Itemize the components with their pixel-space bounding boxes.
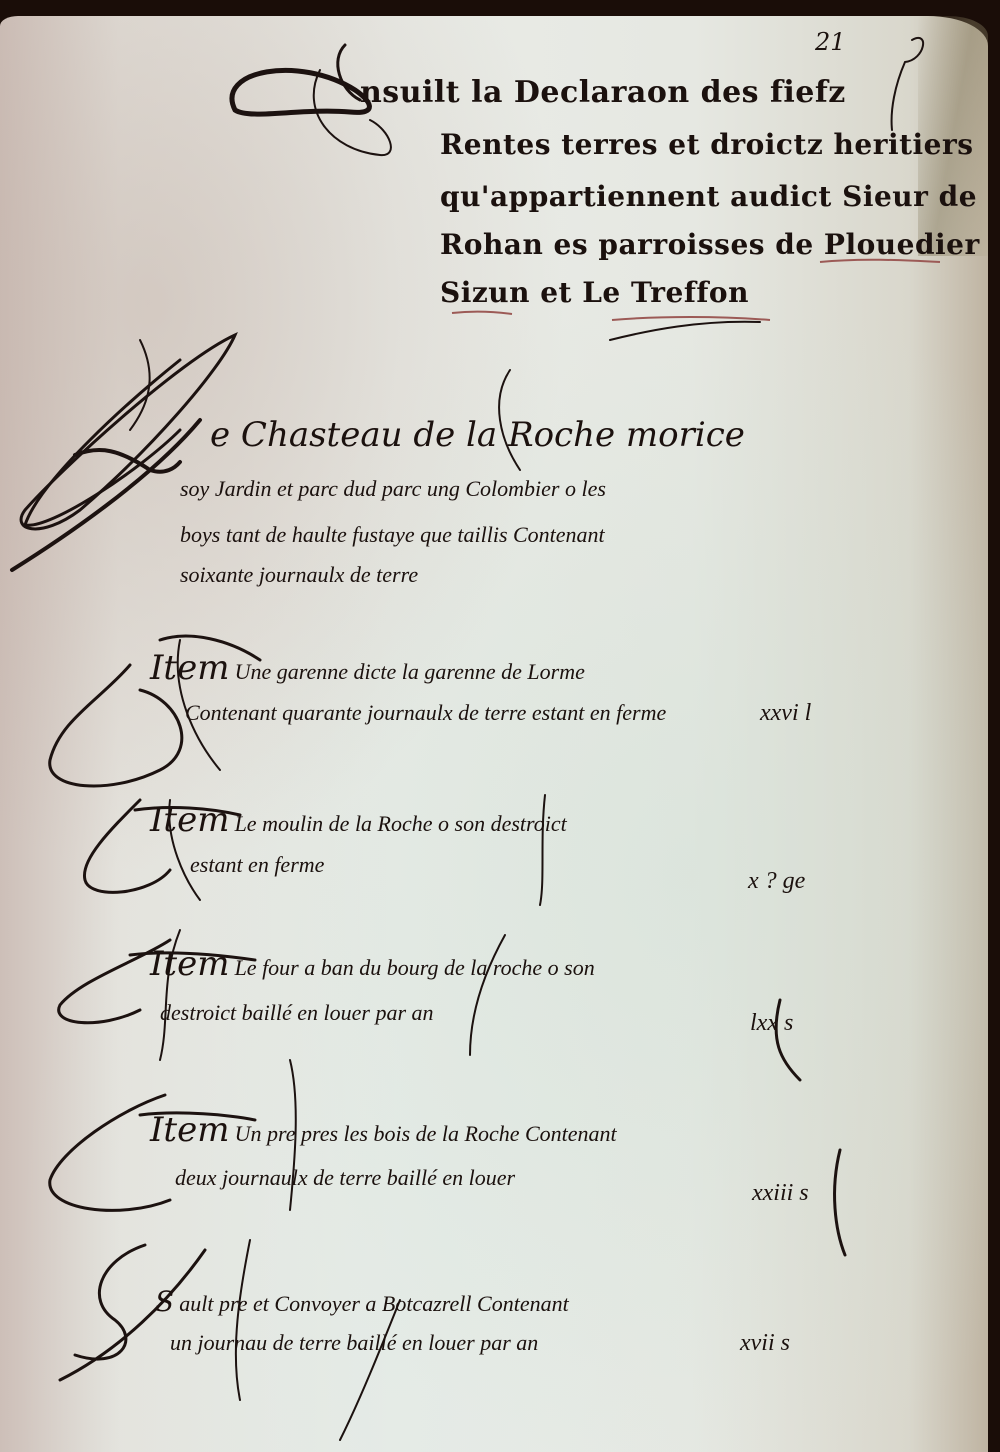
entry-amount: xxvi l [760,700,811,727]
entry-line: soy Jardin et parc dud parc ung Colombie… [180,476,606,502]
heading-line-2: Rentes terres et droictz heritiers [440,128,974,161]
entry-line: deux journaulx de terre baillé en louer [175,1165,515,1191]
entry-amount: xxiii s [752,1180,809,1207]
entry-line: un journau de terre baillé en louer par … [170,1330,538,1356]
entry-first-line: Item Un pre pres les bois de la Roche Co… [150,1110,617,1150]
item-initial: Item [150,800,229,840]
entry-first-line-text: Un pre pres les bois de la Roche Contena… [235,1121,617,1146]
entry-amount: lxx s [750,1010,793,1037]
entry-first-line: S ault pre et Convoyer a Botcazrell Cont… [155,1285,569,1318]
entry-line: estant en ferme [190,852,324,878]
item-initial: Item [150,944,229,984]
entry-first-line-text: Une garenne dicte la garenne de Lorme [235,659,585,684]
entry-amount: x ? ge [748,868,805,895]
heading-line-5: Sizun et Le Treffon [440,276,749,309]
entry-first-line-text: Le four a ban du bourg de la roche o son [235,955,595,980]
entry-line: soixante journaulx de terre [180,562,418,588]
entry-first-line: Item Une garenne dicte la garenne de Lor… [150,648,585,688]
entry-line: boys tant de haulte fustaye que taillis … [180,522,605,548]
entry-amount: xvii s [740,1330,790,1357]
entry-first-line: Item Le four a ban du bourg de la roche … [150,944,595,984]
entry-first-line-text: Le moulin de la Roche o son destroict [235,811,567,836]
entry-line: Contenant quarante journaulx de terre es… [185,700,666,726]
folio-number: 21 [815,28,846,56]
entry-line: destroict baillé en louer par an [160,1000,434,1026]
heading-line-3: qu'appartiennent audict Sieur de [440,180,977,213]
entry-title: e Chasteau de la Roche morice [210,415,745,455]
entry-first-line: Item Le moulin de la Roche o son destroi… [150,800,567,840]
entry-first-line-text: ault pre et Convoyer a Botcazrell Conten… [179,1291,568,1316]
item-initial: Item [150,1110,229,1150]
heading-line-4: Rohan es parroisses de Plouedier [440,228,980,261]
item-initial: S [155,1285,174,1318]
item-initial: Item [150,648,229,688]
heading-line-1: nsuilt la Declaraon des fiefz [360,75,846,110]
